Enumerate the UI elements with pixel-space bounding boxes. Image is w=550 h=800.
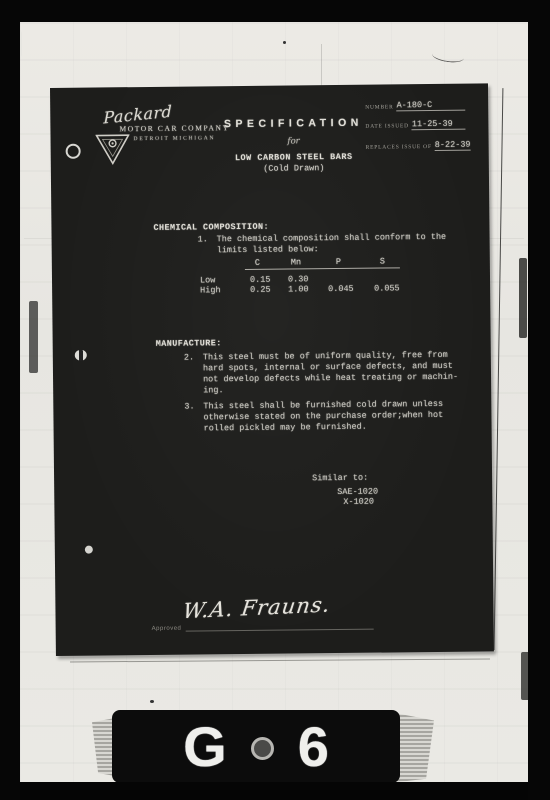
manufacture-heading: MANUFACTURE: — [156, 338, 222, 349]
item-1-number: 1. — [198, 234, 208, 244]
chemical-limits-table: C Mn P S Low 0.15 0.30 High 0.25 1.00 0.… — [200, 256, 426, 295]
cell-low-s — [374, 273, 420, 283]
table-header-rule — [245, 267, 400, 270]
dust-speck — [150, 700, 154, 703]
column-header-p: P — [328, 257, 374, 267]
item-2-number: 2. — [184, 353, 194, 363]
film-border-top — [0, 0, 550, 22]
margin-smudge — [29, 301, 38, 373]
dust-speck — [283, 41, 286, 44]
cell-low-mn: 0.30 — [288, 274, 328, 284]
cell-low-c: 0.15 — [250, 275, 288, 285]
document-title: SPECIFICATION — [217, 117, 369, 131]
number-label: NUMBER — [365, 104, 393, 111]
index-dot-icon — [251, 737, 274, 760]
chemical-composition-heading: CHEMICAL COMPOSITION: — [153, 222, 269, 233]
similar-to-heading: Similar to: — [312, 473, 368, 484]
replaces-value: 8-22-39 — [435, 140, 471, 151]
approval-signature: W.A. Frauns. — [182, 593, 333, 624]
item-3-number: 3. — [184, 402, 194, 412]
similar-item-sae: SAE-1020 — [337, 487, 378, 497]
margin-smudge — [519, 258, 527, 338]
column-header-c: C — [250, 258, 288, 268]
date-issued-field: DATE ISSUED 11-25-39 — [365, 119, 465, 131]
subject-title: LOW CARBON STEEL BARS — [218, 152, 370, 164]
cell-low-p — [328, 274, 374, 284]
punch-hole — [85, 546, 93, 554]
cell-high-s: 0.055 — [374, 283, 420, 293]
cell-high-mn: 1.00 — [288, 284, 328, 294]
similar-item-x: X-1020 — [343, 497, 374, 507]
number-field: NUMBER A-180-C — [365, 100, 465, 112]
packard-triangle-emblem-icon — [95, 133, 129, 165]
index-letter: G — [183, 719, 227, 775]
meta-fields: NUMBER A-180-C DATE ISSUED 11-25-39 REPL… — [365, 100, 467, 101]
subject-subtitle: (Cold Drawn) — [218, 163, 370, 175]
punch-hole — [66, 144, 81, 159]
approved-label: Approved — [152, 626, 182, 632]
number-value: A-180-C — [396, 100, 465, 112]
row-label: Low — [200, 275, 250, 286]
column-header-s: S — [374, 256, 420, 266]
punch-hole — [75, 350, 87, 361]
table-row: High 0.25 1.00 0.045 0.055 — [200, 283, 426, 295]
date-issued-label: DATE ISSUED — [365, 123, 409, 130]
company-name: MOTOR CAR COMPANY — [119, 123, 229, 133]
specification-page: Packard MOTOR CAR COMPANY DETROIT MICHIG… — [50, 83, 494, 656]
for-word: for — [218, 136, 370, 148]
cell-high-p: 0.045 — [328, 284, 374, 294]
item-3-text: This steel shall be furnished cold drawn… — [203, 399, 465, 435]
film-index-plate: G 6 — [112, 710, 400, 783]
title-block: SPECIFICATION for LOW CARBON STEEL BARS … — [217, 117, 370, 175]
table-corner-cell — [200, 258, 250, 269]
item-2-text: This steel must be of uniform quality, f… — [203, 350, 465, 397]
index-number: 6 — [298, 719, 329, 775]
column-header-mn: Mn — [288, 257, 328, 267]
company-city: DETROIT MICHIGAN — [134, 135, 216, 142]
row-label: High — [200, 285, 250, 296]
film-border-bottom — [0, 782, 550, 800]
cell-high-c: 0.25 — [250, 285, 288, 295]
film-border-left — [0, 0, 20, 800]
film-border-right — [528, 0, 550, 800]
signature-line — [186, 629, 374, 632]
date-issued-value: 11-25-39 — [412, 119, 466, 131]
replaces-label: REPLACES ISSUE OF — [366, 144, 432, 152]
replaces-field: REPLACES ISSUE OF 8-22-39 — [366, 140, 466, 152]
item-1-text: The chemical composition shall conform t… — [217, 232, 472, 257]
